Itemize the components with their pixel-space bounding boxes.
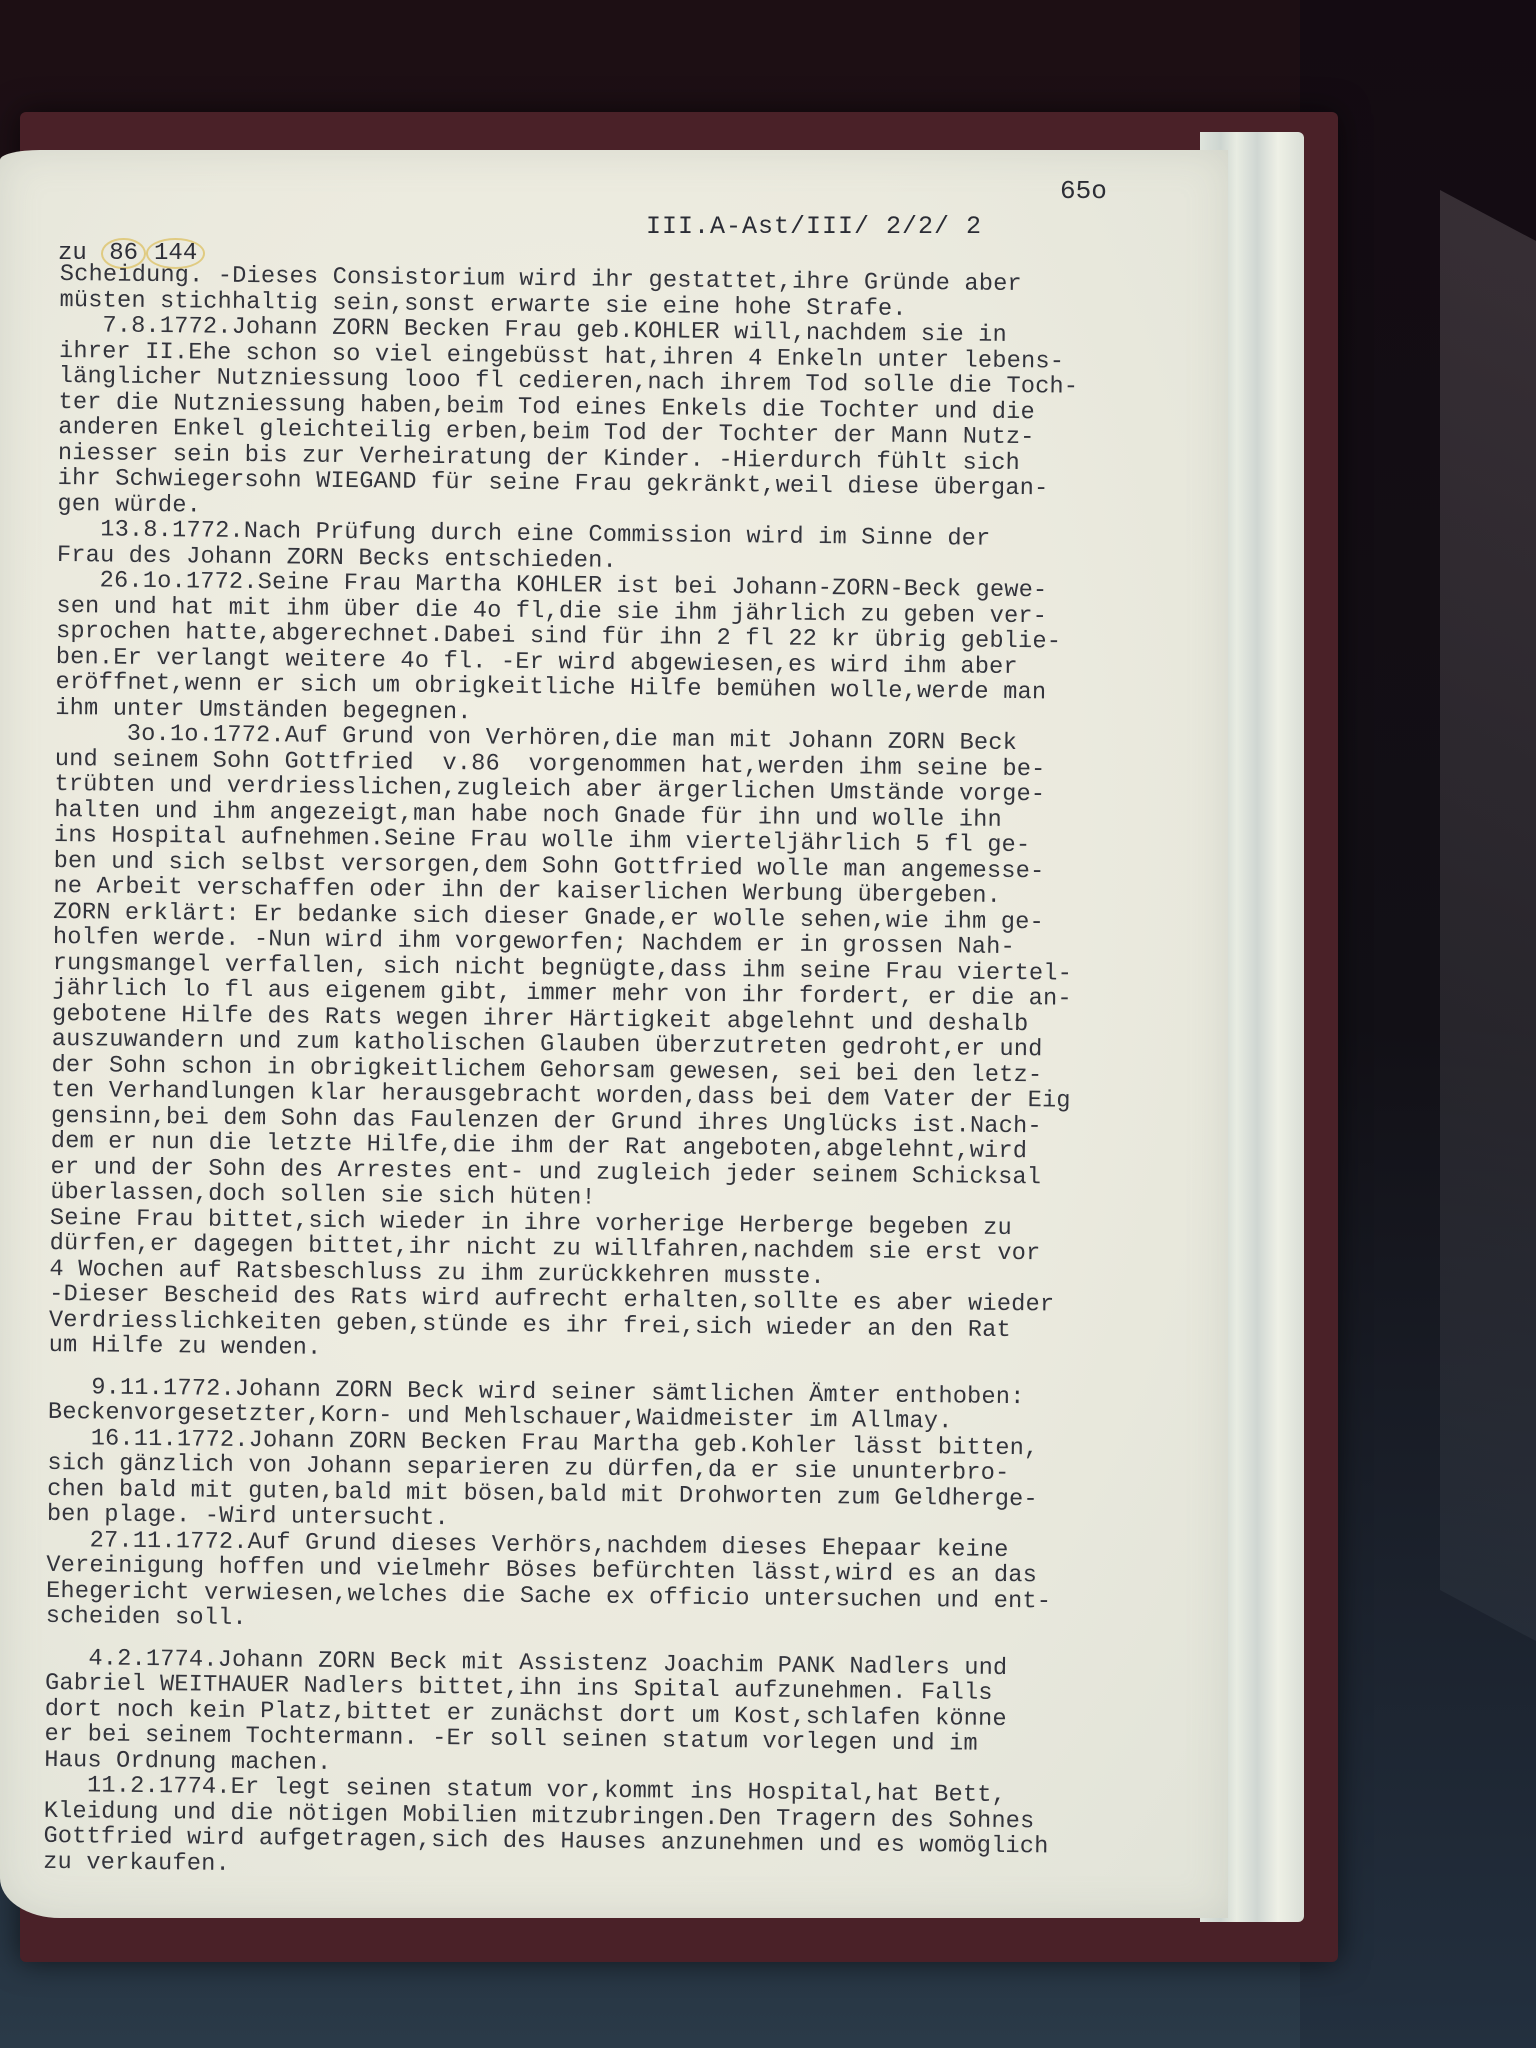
typed-body-text: Scheidung. -Dieses Consistorium wird ihr… [43,262,1210,1887]
background-light-reflection [1440,190,1536,1664]
page-number: 65o [1060,176,1107,206]
archive-signature: III.A-Ast/III/ 2/2/ 2 [646,212,982,241]
